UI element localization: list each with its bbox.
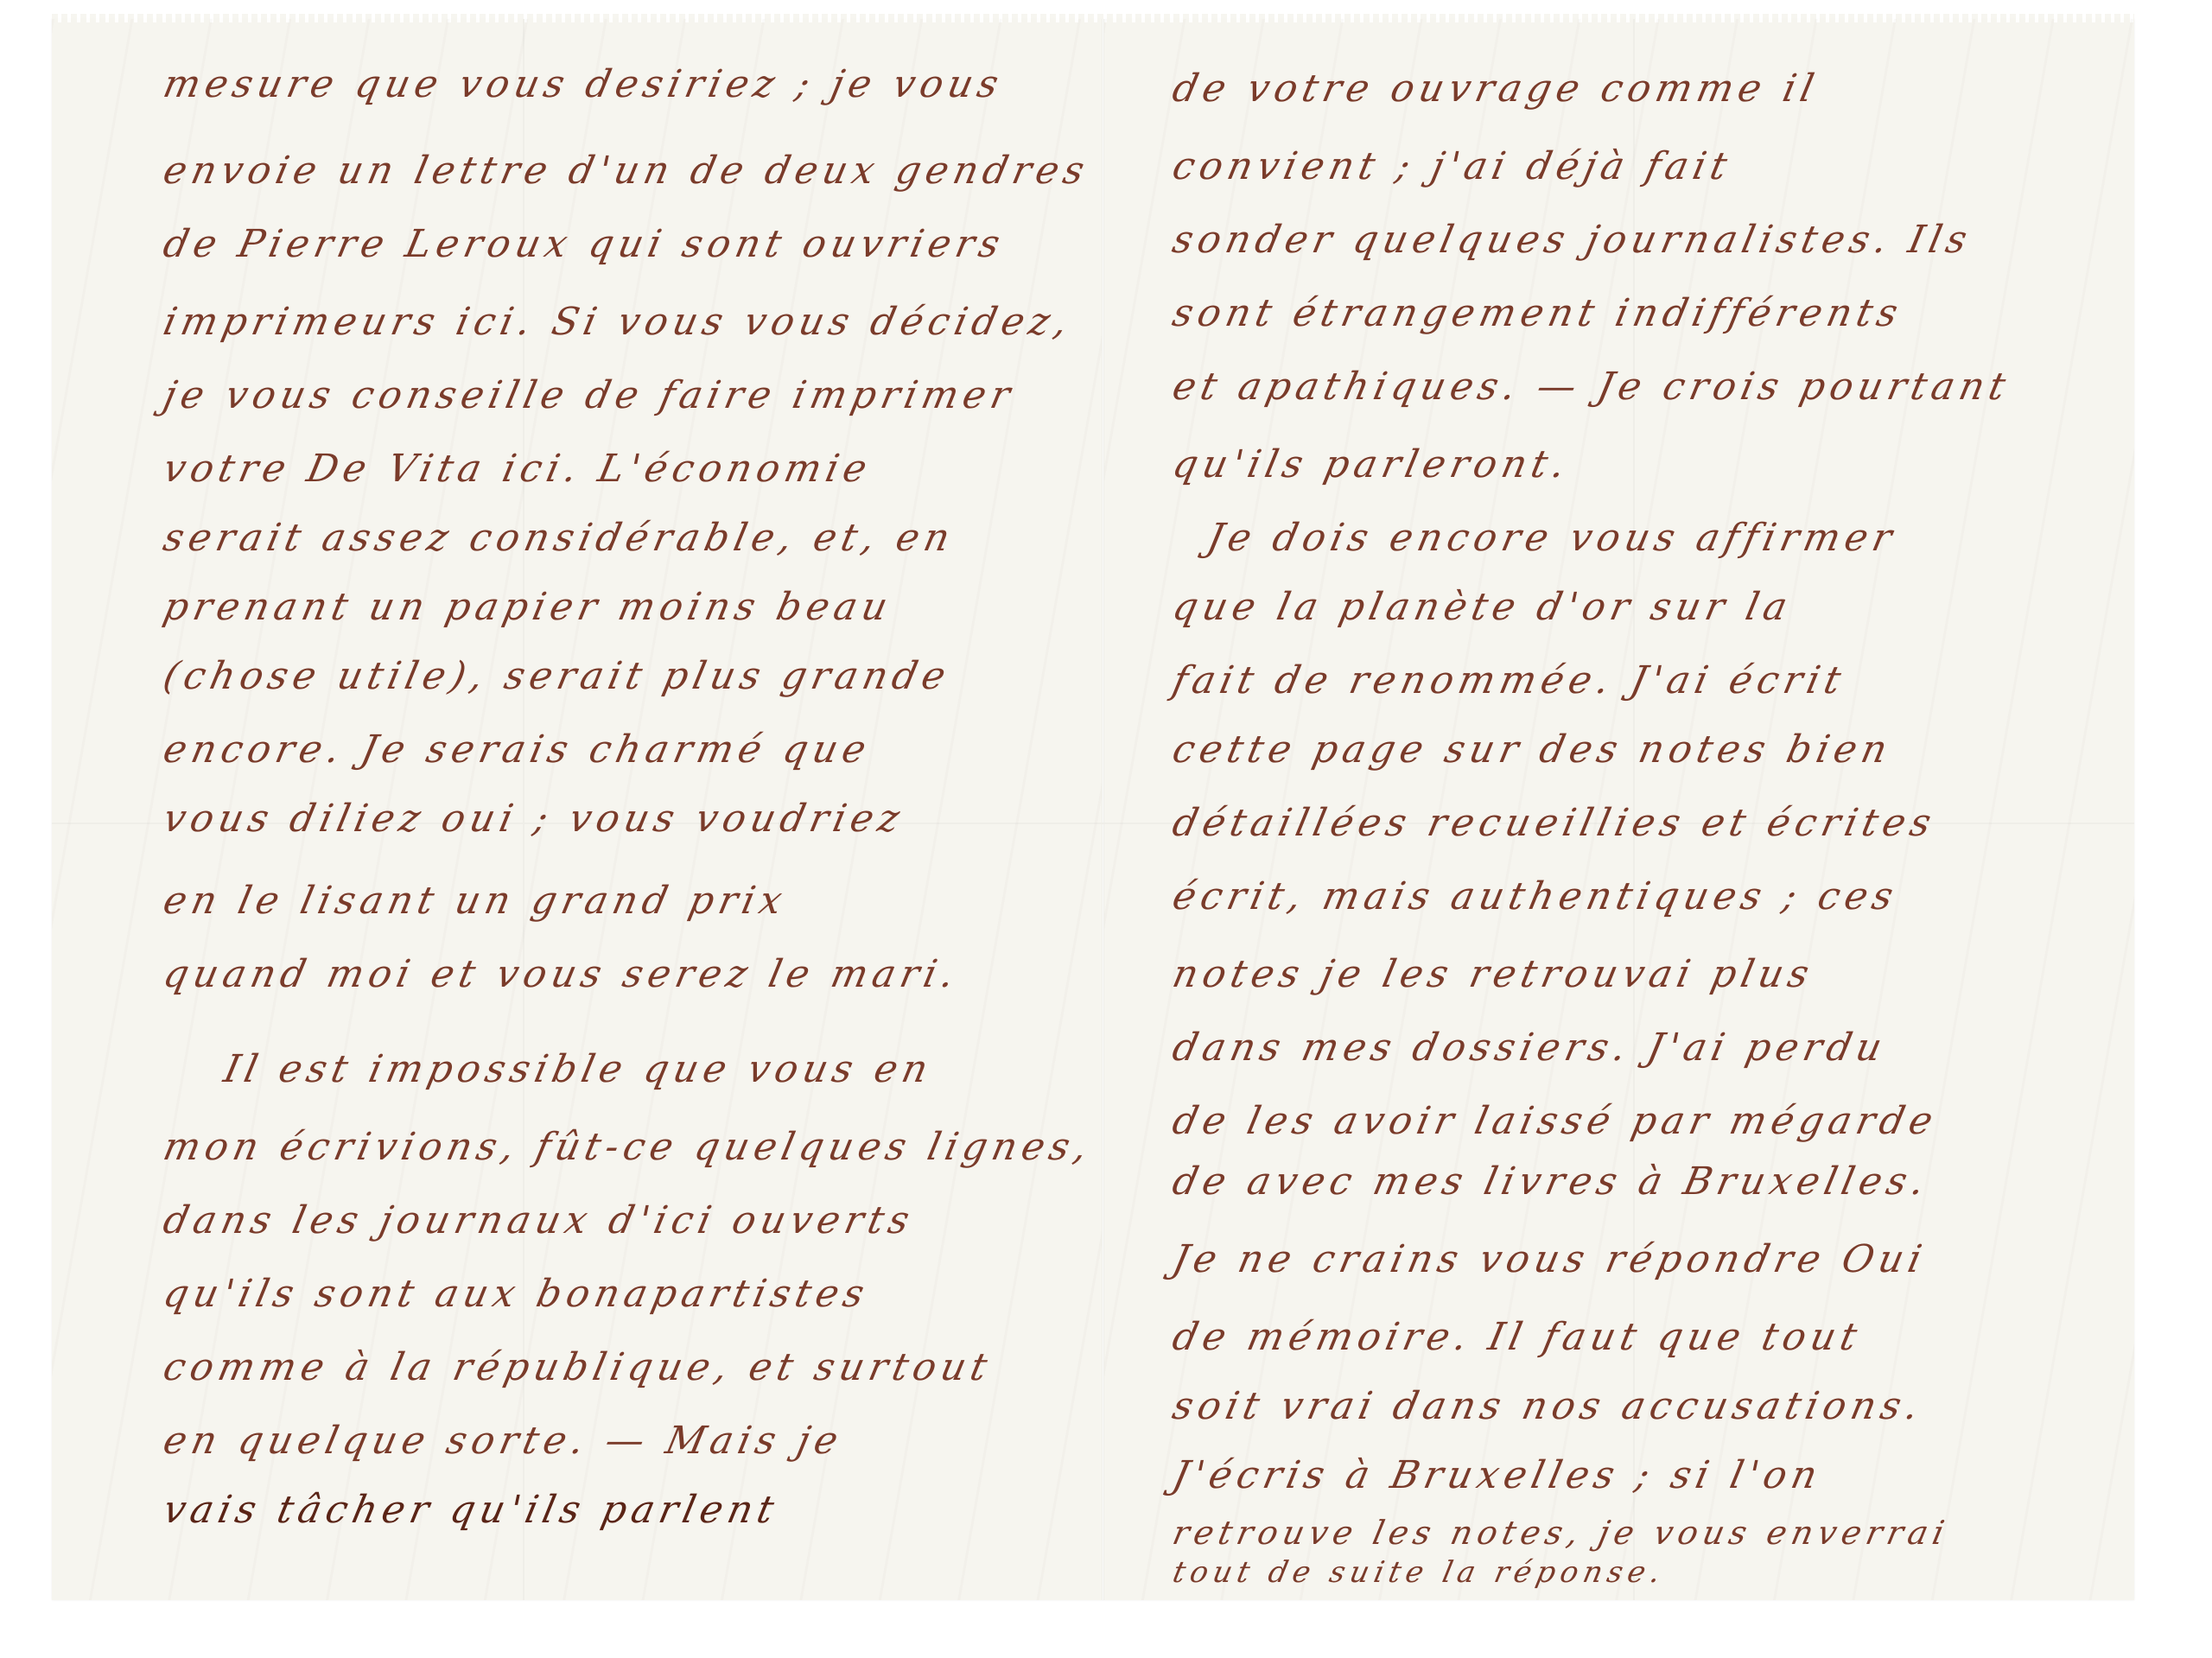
handwritten-line: fait de renommée. J'ai écrit: [1169, 658, 1850, 702]
handwritten-line: (chose utile), serait plus grande: [160, 654, 955, 698]
handwritten-line: que la planète d'or sur la: [1169, 585, 1796, 629]
handwritten-line: retrouve les notes, je vous enverrai: [1169, 1514, 1953, 1552]
handwritten-line: de les avoir laissé par mégarde: [1169, 1099, 1942, 1143]
letter-sheet: mesure que vous desiriez ; je vous envoi…: [52, 19, 2134, 1600]
handwritten-line: cette page sur des notes bien: [1169, 727, 1897, 772]
handwritten-line: envoie un lettre d'un de deux gendres: [160, 149, 1094, 193]
handwritten-line: comme à la république, et surtout: [160, 1345, 996, 1389]
handwritten-line: J'écris à Bruxelles ; si l'on: [1169, 1453, 1827, 1497]
handwritten-line: mesure que vous desiriez ; je vous: [160, 62, 1007, 106]
handwritten-line: notes je les retrouvai plus: [1169, 952, 1818, 996]
handwritten-line: tout de suite la réponse.: [1170, 1555, 1669, 1590]
handwritten-line: écrit, mais authentiques ; ces: [1169, 874, 1903, 918]
handwritten-line: et apathiques. — Je crois pourtant: [1169, 365, 2015, 409]
handwritten-line: vais tâcher qu'ils parlent: [160, 1488, 783, 1532]
handwritten-line: en le lisant un grand prix: [160, 879, 791, 923]
handwritten-line: votre De Vita ici. L'économie: [160, 447, 876, 491]
handwritten-line: soit vrai dans nos accusations.: [1169, 1384, 1928, 1428]
handwritten-line: de Pierre Leroux qui sont ouvriers: [160, 222, 1009, 266]
handwritten-line: Je ne crains vous répondre Oui: [1169, 1237, 1931, 1281]
handwritten-line: sont étrangement indifférents: [1169, 291, 1907, 335]
handwritten-line: en quelque sorte. — Mais je: [160, 1419, 848, 1463]
handwritten-line: prenant un papier moins beau: [160, 585, 897, 629]
handwritten-line: vous diliez oui ; vous voudriez: [160, 797, 909, 841]
handwritten-line: de votre ouvrage comme il: [1169, 67, 1823, 111]
handwritten-line: mon écrivions, fût-ce quelques lignes,: [160, 1125, 1096, 1169]
handwritten-line: je vous conseille de faire imprimer: [160, 373, 1020, 417]
handwritten-line: détaillées recueillies et écrites: [1169, 801, 1941, 845]
handwritten-line: quand moi et vous serez le mari.: [160, 952, 963, 996]
handwritten-line: qu'ils parleront.: [1169, 442, 1574, 486]
right-page: de votre ouvrage comme il convient ; j'a…: [1104, 19, 2134, 1600]
handwritten-line: serait assez considérable, et, en: [160, 516, 959, 560]
handwritten-line: qu'ils sont aux bonapartistes: [160, 1272, 874, 1316]
handwritten-line: Il est impossible que vous en: [220, 1047, 938, 1091]
handwritten-line: convient ; j'ai déjà fait: [1169, 144, 1736, 188]
handwritten-line: dans les journaux d'ici ouverts: [160, 1198, 918, 1242]
handwritten-line: imprimeurs ici. Si vous vous décidez,: [160, 300, 1077, 344]
handwritten-line: de mémoire. Il faut que tout: [1169, 1315, 1866, 1359]
handwritten-line: dans mes dossiers. J'ai perdu: [1169, 1026, 1891, 1070]
handwritten-line: sonder quelques journalistes. Ils: [1169, 218, 1976, 262]
handwritten-line: de avec mes livres à Bruxelles.: [1169, 1159, 1934, 1204]
handwritten-line: Je dois encore vous affirmer: [1204, 516, 1901, 560]
left-page: mesure que vous desiriez ; je vous envoi…: [52, 19, 1102, 1600]
handwritten-line: encore. Je serais charmé que: [160, 727, 875, 772]
